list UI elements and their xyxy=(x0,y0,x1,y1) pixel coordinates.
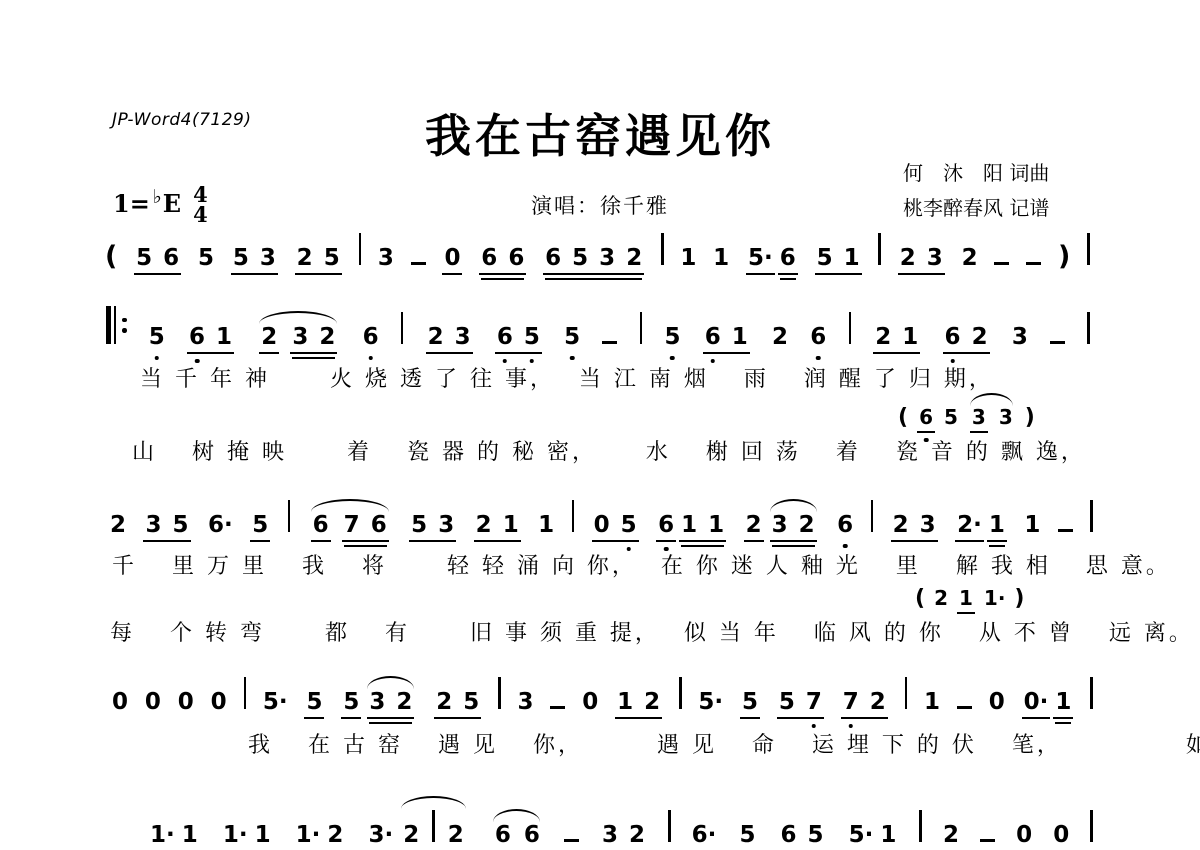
beat-group: 5·1 xyxy=(847,823,899,850)
duration-dash xyxy=(411,262,426,266)
note: 1 xyxy=(538,513,554,537)
note: 6 xyxy=(495,823,511,847)
note: 5 xyxy=(621,513,637,537)
beat-group: 1·1 xyxy=(148,823,200,850)
slur-arc: 66 xyxy=(490,809,543,850)
key-prefix: 1= xyxy=(113,189,150,218)
note: 6 xyxy=(658,513,674,537)
parenthesis: ) xyxy=(1058,243,1070,270)
parenthesis: ( xyxy=(105,243,117,270)
note: 2 xyxy=(629,823,645,847)
meter-denominator: 4 xyxy=(193,205,208,225)
note: 3 xyxy=(518,690,534,714)
lyrics-line2-verse2: 山 树 掩 映 着 瓷 器 的 秘 密， 水 榭 回 荡 着 瓷 音 的 飘 逸… xyxy=(132,435,1086,466)
note: 0 xyxy=(594,513,610,537)
note: 1 xyxy=(713,246,729,270)
note: 0 xyxy=(582,690,598,714)
note: 2 xyxy=(893,513,909,537)
note: 1 xyxy=(182,823,198,847)
note: 6· xyxy=(208,513,233,537)
note: 3 xyxy=(999,407,1013,428)
note: 3 xyxy=(260,246,276,270)
note: 1 xyxy=(617,690,633,714)
note: 6 xyxy=(945,325,961,349)
barline xyxy=(572,500,575,532)
key-signature: 1=♭E 4 4 xyxy=(113,184,208,224)
note: 6 xyxy=(545,246,561,270)
beam: 1· xyxy=(148,823,177,850)
note: 1 xyxy=(959,588,973,609)
note: 2 xyxy=(396,690,412,714)
beam: 32 xyxy=(600,823,647,850)
note: 2 xyxy=(900,246,916,270)
note: 3 xyxy=(145,513,161,537)
barline xyxy=(1087,312,1090,344)
barline xyxy=(905,677,908,709)
duration-dash xyxy=(980,839,995,843)
note: 2 xyxy=(972,325,988,349)
barline xyxy=(919,810,922,842)
note: 1· xyxy=(223,823,248,847)
note: 1 xyxy=(681,513,697,537)
note: 6 xyxy=(524,823,540,847)
duration-dash xyxy=(1058,529,1073,533)
beam: 51 xyxy=(815,246,862,275)
note: 7 xyxy=(806,690,822,714)
note: 2 xyxy=(297,246,313,270)
note: 5 xyxy=(198,246,214,270)
beam: 1 xyxy=(987,513,1007,542)
beat-group: 1·1 xyxy=(221,823,273,850)
note: 3 xyxy=(920,513,936,537)
note: 0 xyxy=(145,690,161,714)
note: 1 xyxy=(989,513,1005,537)
beam: 2 xyxy=(446,823,466,850)
note: 2 xyxy=(644,690,660,714)
note: 5 xyxy=(817,246,833,270)
beam: 72 xyxy=(841,690,888,719)
note: 1 xyxy=(924,690,940,714)
beam: 23 xyxy=(898,246,945,275)
note: 0 xyxy=(989,690,1005,714)
barline xyxy=(668,810,671,842)
barline xyxy=(661,233,664,265)
note: 2 xyxy=(319,325,335,349)
note: 6 xyxy=(371,513,387,537)
lyrics-line3-verse1: 千 里 万 里 我 将 轻 轻 涌 向 你， 在 你 迷 人 釉 光 里 解 我… xyxy=(112,549,1171,580)
duration-dash xyxy=(1026,262,1041,266)
barline xyxy=(878,233,881,265)
note: 6 xyxy=(313,513,329,537)
music-line-chorus-a: 00005·55322530125·55772100·1 xyxy=(112,676,1093,719)
barline xyxy=(498,677,501,709)
note: 1 xyxy=(1055,690,1071,714)
music-line-verse-b: 2356·567653211056112326232·11 xyxy=(110,499,1093,542)
note: 5 xyxy=(149,325,165,349)
note: 6 xyxy=(481,246,497,270)
note: 5 xyxy=(136,246,152,270)
beam: 32 xyxy=(770,513,817,542)
key-letter: E xyxy=(163,189,181,218)
note: 5 xyxy=(463,690,479,714)
beat-group: 5·6 xyxy=(746,246,798,275)
note: 1 xyxy=(216,325,232,349)
beam: 2 xyxy=(401,823,421,850)
beat-group: 1·2 xyxy=(294,823,346,850)
beat-group: 2·1 xyxy=(955,513,1007,542)
note: 3 xyxy=(972,407,986,428)
beam: 21 xyxy=(474,513,521,542)
slur-arc: 676 xyxy=(308,499,392,542)
note: 0· xyxy=(1024,690,1049,714)
note: 3 xyxy=(438,513,454,537)
music-line-intro: (565532530666532115·651232) xyxy=(105,233,1090,275)
barline xyxy=(1090,677,1093,709)
note: 3 xyxy=(292,325,308,349)
flat-icon: ♭ xyxy=(153,186,162,208)
note: 1 xyxy=(1024,513,1040,537)
beam: 1 xyxy=(253,823,273,850)
barline xyxy=(1090,500,1093,532)
note: 5 xyxy=(343,690,359,714)
beat-group: 532 xyxy=(341,676,417,719)
beam: 2 xyxy=(325,823,345,850)
repeat-sign xyxy=(106,306,127,344)
beam: 6532 xyxy=(543,246,644,275)
note: 5· xyxy=(748,246,773,270)
beam: 2 xyxy=(744,513,764,542)
note: 3 xyxy=(455,325,471,349)
note: 2 xyxy=(962,246,978,270)
note: 1· xyxy=(984,588,1006,609)
note: 6 xyxy=(363,325,379,349)
duration-dash xyxy=(994,262,1009,266)
beam: 1· xyxy=(294,823,323,850)
beam: 2 xyxy=(259,325,279,354)
beam: 6 xyxy=(493,823,513,850)
duration-dash xyxy=(550,706,565,710)
note: 2 xyxy=(110,513,126,537)
beam: 61 xyxy=(703,325,750,354)
note: 2 xyxy=(943,823,959,847)
beam: 1 xyxy=(180,823,200,850)
beam: 6 xyxy=(917,407,935,433)
barline xyxy=(1090,810,1093,842)
note: 6· xyxy=(692,823,717,847)
beam: 25 xyxy=(434,690,481,719)
note: 6 xyxy=(810,325,826,349)
beam: 3· xyxy=(366,823,395,850)
note: 0 xyxy=(178,690,194,714)
note: 5 xyxy=(808,823,824,847)
beat-group: 0·1 xyxy=(1022,690,1074,719)
note: 2 xyxy=(448,823,464,847)
beam: 1 xyxy=(1053,690,1073,719)
beat-group: 611 xyxy=(656,513,726,542)
note: 2 xyxy=(799,513,815,537)
beam: 0 xyxy=(442,246,462,275)
beam: 66 xyxy=(479,246,526,275)
note: 5 xyxy=(944,407,958,428)
beam: 5· xyxy=(847,823,876,850)
beam: 6 xyxy=(311,513,331,542)
note: 5 xyxy=(173,513,189,537)
note: 3 xyxy=(369,690,385,714)
note: 2 xyxy=(261,325,277,349)
note: 2 xyxy=(934,588,948,609)
beam: 35 xyxy=(143,513,190,542)
note: 2 xyxy=(626,246,642,270)
note: 1 xyxy=(732,325,748,349)
note: 6 xyxy=(837,513,853,537)
beam: 6 xyxy=(656,513,676,542)
note: 2 xyxy=(772,325,788,349)
barline xyxy=(871,500,874,532)
note: 1 xyxy=(844,246,860,270)
beam: 32 xyxy=(367,690,414,719)
beam: 1 xyxy=(957,588,975,614)
note: 3 xyxy=(378,246,394,270)
beam: 11 xyxy=(679,513,726,542)
slur-arc: 32 xyxy=(364,676,417,719)
beam: 05 xyxy=(592,513,639,542)
note: 2 xyxy=(875,325,891,349)
note: 7 xyxy=(344,513,360,537)
note: 0 xyxy=(211,690,227,714)
duration-dash xyxy=(957,706,972,710)
beam: 1 xyxy=(878,823,898,850)
note: 0 xyxy=(444,246,460,270)
beam: 32 xyxy=(290,325,337,354)
note: 3 xyxy=(927,246,943,270)
note: 6 xyxy=(163,246,179,270)
beam: 23 xyxy=(426,325,473,354)
beam: 6 xyxy=(778,246,798,275)
note: 0 xyxy=(112,690,128,714)
note: 6 xyxy=(705,325,721,349)
note: 5 xyxy=(564,325,580,349)
note: 5 xyxy=(233,246,249,270)
duration-dash xyxy=(602,341,617,345)
beam: 62 xyxy=(943,325,990,354)
note: 0 xyxy=(1016,823,1032,847)
barline xyxy=(849,312,852,344)
beam: 25 xyxy=(295,246,342,275)
beam: 5 xyxy=(740,690,760,719)
note: 5 xyxy=(572,246,588,270)
note: 5 xyxy=(252,513,268,537)
beam: 53 xyxy=(231,246,278,275)
time-signature: 4 4 xyxy=(193,185,208,225)
lyrics-line2-verse1: 当 千 年 神 火 烧 透 了 往 事， 当 江 南 烟 雨 润 醒 了 归 期… xyxy=(140,362,994,393)
note: 6 xyxy=(508,246,524,270)
parenthesis: ) xyxy=(1025,407,1035,429)
inset-notation-1: (6533) xyxy=(898,393,1035,433)
parenthesis: ( xyxy=(898,407,908,429)
barline xyxy=(679,677,682,709)
credit-composer: 何 沐 阳 词曲 xyxy=(903,161,1049,185)
beam: 5 xyxy=(341,690,361,719)
note: 3 xyxy=(772,513,788,537)
note: 7 xyxy=(843,690,859,714)
note: 2 xyxy=(327,823,343,847)
note: 1· xyxy=(296,823,321,847)
note: 2 xyxy=(476,513,492,537)
note: 1 xyxy=(680,246,696,270)
note: 6 xyxy=(189,325,205,349)
sheet-music-page: JP-Word4(7129) 我在古窑遇见你 何 沐 阳 词曲 桃李醉春风 记谱… xyxy=(0,0,1200,850)
inset-notation-2: (211·) xyxy=(915,588,1024,614)
barline xyxy=(288,500,291,532)
note: 1 xyxy=(503,513,519,537)
slur-arc: 232 xyxy=(256,311,340,354)
note: 5 xyxy=(779,690,795,714)
note: 3 xyxy=(599,246,615,270)
beam: 56 xyxy=(134,246,181,275)
beam: 5· xyxy=(746,246,775,275)
note: 3 xyxy=(1012,325,1028,349)
beat-group: 232 xyxy=(744,499,820,542)
note: 0 xyxy=(1053,823,1069,847)
beam: 3 xyxy=(970,407,988,433)
beam: 23 xyxy=(891,513,938,542)
note: 3· xyxy=(368,823,393,847)
beam: 53 xyxy=(409,513,456,542)
note: 2 xyxy=(870,690,886,714)
note: 5· xyxy=(263,690,288,714)
note: 2 xyxy=(436,690,452,714)
parenthesis: ) xyxy=(1014,588,1024,610)
beam: 61 xyxy=(187,325,234,354)
note: 1 xyxy=(255,823,271,847)
beat-group: 3·22 xyxy=(366,796,468,850)
beam: 12 xyxy=(615,690,662,719)
barline xyxy=(640,312,643,344)
slur-arc: 22 xyxy=(398,796,469,850)
note: 6 xyxy=(497,325,513,349)
note: 2 xyxy=(428,325,444,349)
duration-dash xyxy=(564,839,579,843)
note: 5 xyxy=(306,690,322,714)
duration-dash xyxy=(1050,341,1065,345)
note: 1· xyxy=(150,823,175,847)
note: 6 xyxy=(781,823,797,847)
note: 5 xyxy=(739,823,755,847)
note: 5 xyxy=(664,325,680,349)
note: 1 xyxy=(902,325,918,349)
lyrics-line3-verse2: 每 个 转 弯 都 有 旧 事 须 重 提， 似 当 年 临 风 的 你 从 不… xyxy=(110,616,1194,647)
note: 2 xyxy=(403,823,419,847)
note: 2 xyxy=(746,513,762,537)
note: 1 xyxy=(880,823,896,847)
barline xyxy=(244,677,247,709)
beam: 0· xyxy=(1022,690,1051,719)
beam: 2· xyxy=(955,513,984,542)
note: 2· xyxy=(957,513,982,537)
music-line-verse-a: 5612326236555612621623 xyxy=(106,306,1090,354)
beam: 5 xyxy=(304,690,324,719)
note: 6 xyxy=(919,407,933,428)
beam: 65 xyxy=(779,823,826,850)
note: 5 xyxy=(324,246,340,270)
note: 6 xyxy=(780,246,796,270)
note: 1 xyxy=(708,513,724,537)
parenthesis: ( xyxy=(915,588,925,610)
note: 5· xyxy=(849,823,874,847)
beam: 65 xyxy=(495,325,542,354)
beam: 5 xyxy=(737,823,757,850)
note: 5 xyxy=(411,513,427,537)
note: 5 xyxy=(524,325,540,349)
beam: 1· xyxy=(221,823,250,850)
beam: 76 xyxy=(342,513,389,542)
note: 5· xyxy=(698,690,723,714)
lyrics-line4: 我 在 古 窑 遇 见 你， 遇 见 命 运 埋 下 的 伏 笔， 如 xyxy=(248,728,1200,759)
barline xyxy=(359,233,362,265)
note: 3 xyxy=(602,823,618,847)
beam: 5 xyxy=(250,513,270,542)
slur-arc: 32 xyxy=(767,499,820,542)
beam: 21 xyxy=(873,325,920,354)
note: 5 xyxy=(742,690,758,714)
beam: 57 xyxy=(777,690,824,719)
barline xyxy=(401,312,404,344)
slur-arc: 33 xyxy=(967,393,1016,433)
barline xyxy=(1087,233,1090,265)
barline xyxy=(432,810,435,842)
music-line-chorus-b: 1·11·11·23·2266326·5655·1200 xyxy=(148,796,1093,850)
